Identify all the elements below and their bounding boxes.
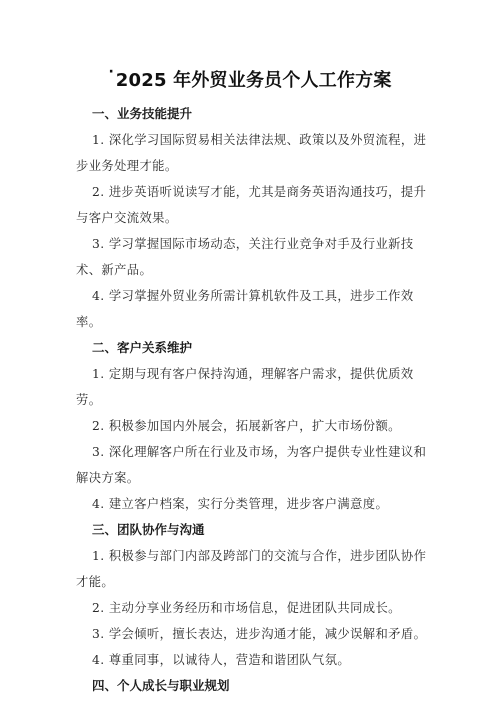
section-heading: 一、业务技能提升 [76, 101, 432, 127]
title-block: ·2025 年外贸业务员个人工作方案 [0, 66, 500, 92]
page-title: 2025 年外贸业务员个人工作方案 [116, 66, 392, 92]
document-body: 一、业务技能提升 1. 深化学习国际贸易相关法律法规、政策以及外贸流程，进步业务… [76, 101, 432, 699]
section-heading: 四、个人成长与职业规划 [76, 673, 432, 699]
list-item: 3. 学会倾听，擅长表达，进步沟通才能，减少误解和矛盾。 [76, 621, 432, 647]
list-item: 1. 定期与现有客户保持沟通，理解客户需求，提供优质效劳。 [76, 361, 432, 413]
list-item: 2. 积极参加国内外展会，拓展新客户，扩大市场份额。 [76, 413, 432, 439]
section-heading: 三、团队协作与沟通 [76, 517, 432, 543]
document-page: ·2025 年外贸业务员个人工作方案 一、业务技能提升 1. 深化学习国际贸易相… [0, 0, 500, 707]
list-item: 3. 深化理解客户所在行业及市场，为客户提供专业性建议和解决方案。 [76, 439, 432, 491]
section-heading: 二、客户关系维护 [76, 335, 432, 361]
section-customer-relations: 二、客户关系维护 1. 定期与现有客户保持沟通，理解客户需求，提供优质效劳。 2… [76, 335, 432, 517]
list-item: 4. 建立客户档案，实行分类管理，进步客户满意度。 [76, 491, 432, 517]
list-item: 3. 学习掌握国际市场动态，关注行业竞争对手及行业新技术、新产品。 [76, 231, 432, 283]
list-item: 2. 进步英语听说读写才能，尤其是商务英语沟通技巧，提升与客户交流效果。 [76, 179, 432, 231]
list-item: 4. 学习掌握外贸业务所需计算机软件及工具，进步工作效率。 [76, 283, 432, 335]
list-item: 1. 积极参与部门内部及跨部门的交流与合作，进步团队协作才能。 [76, 543, 432, 595]
section-personal-growth: 四、个人成长与职业规划 [76, 673, 432, 699]
list-item: 2. 主动分享业务经历和市场信息，促进团队共同成长。 [76, 595, 432, 621]
list-item: 1. 深化学习国际贸易相关法律法规、政策以及外贸流程，进步业务处理才能。 [76, 127, 432, 179]
section-teamwork: 三、团队协作与沟通 1. 积极参与部门内部及跨部门的交流与合作，进步团队协作才能… [76, 517, 432, 673]
title-marker: · [108, 64, 113, 80]
section-business-skills: 一、业务技能提升 1. 深化学习国际贸易相关法律法规、政策以及外贸流程，进步业务… [76, 101, 432, 335]
list-item: 4. 尊重同事，以诚待人，营造和谐团队气氛。 [76, 647, 432, 673]
